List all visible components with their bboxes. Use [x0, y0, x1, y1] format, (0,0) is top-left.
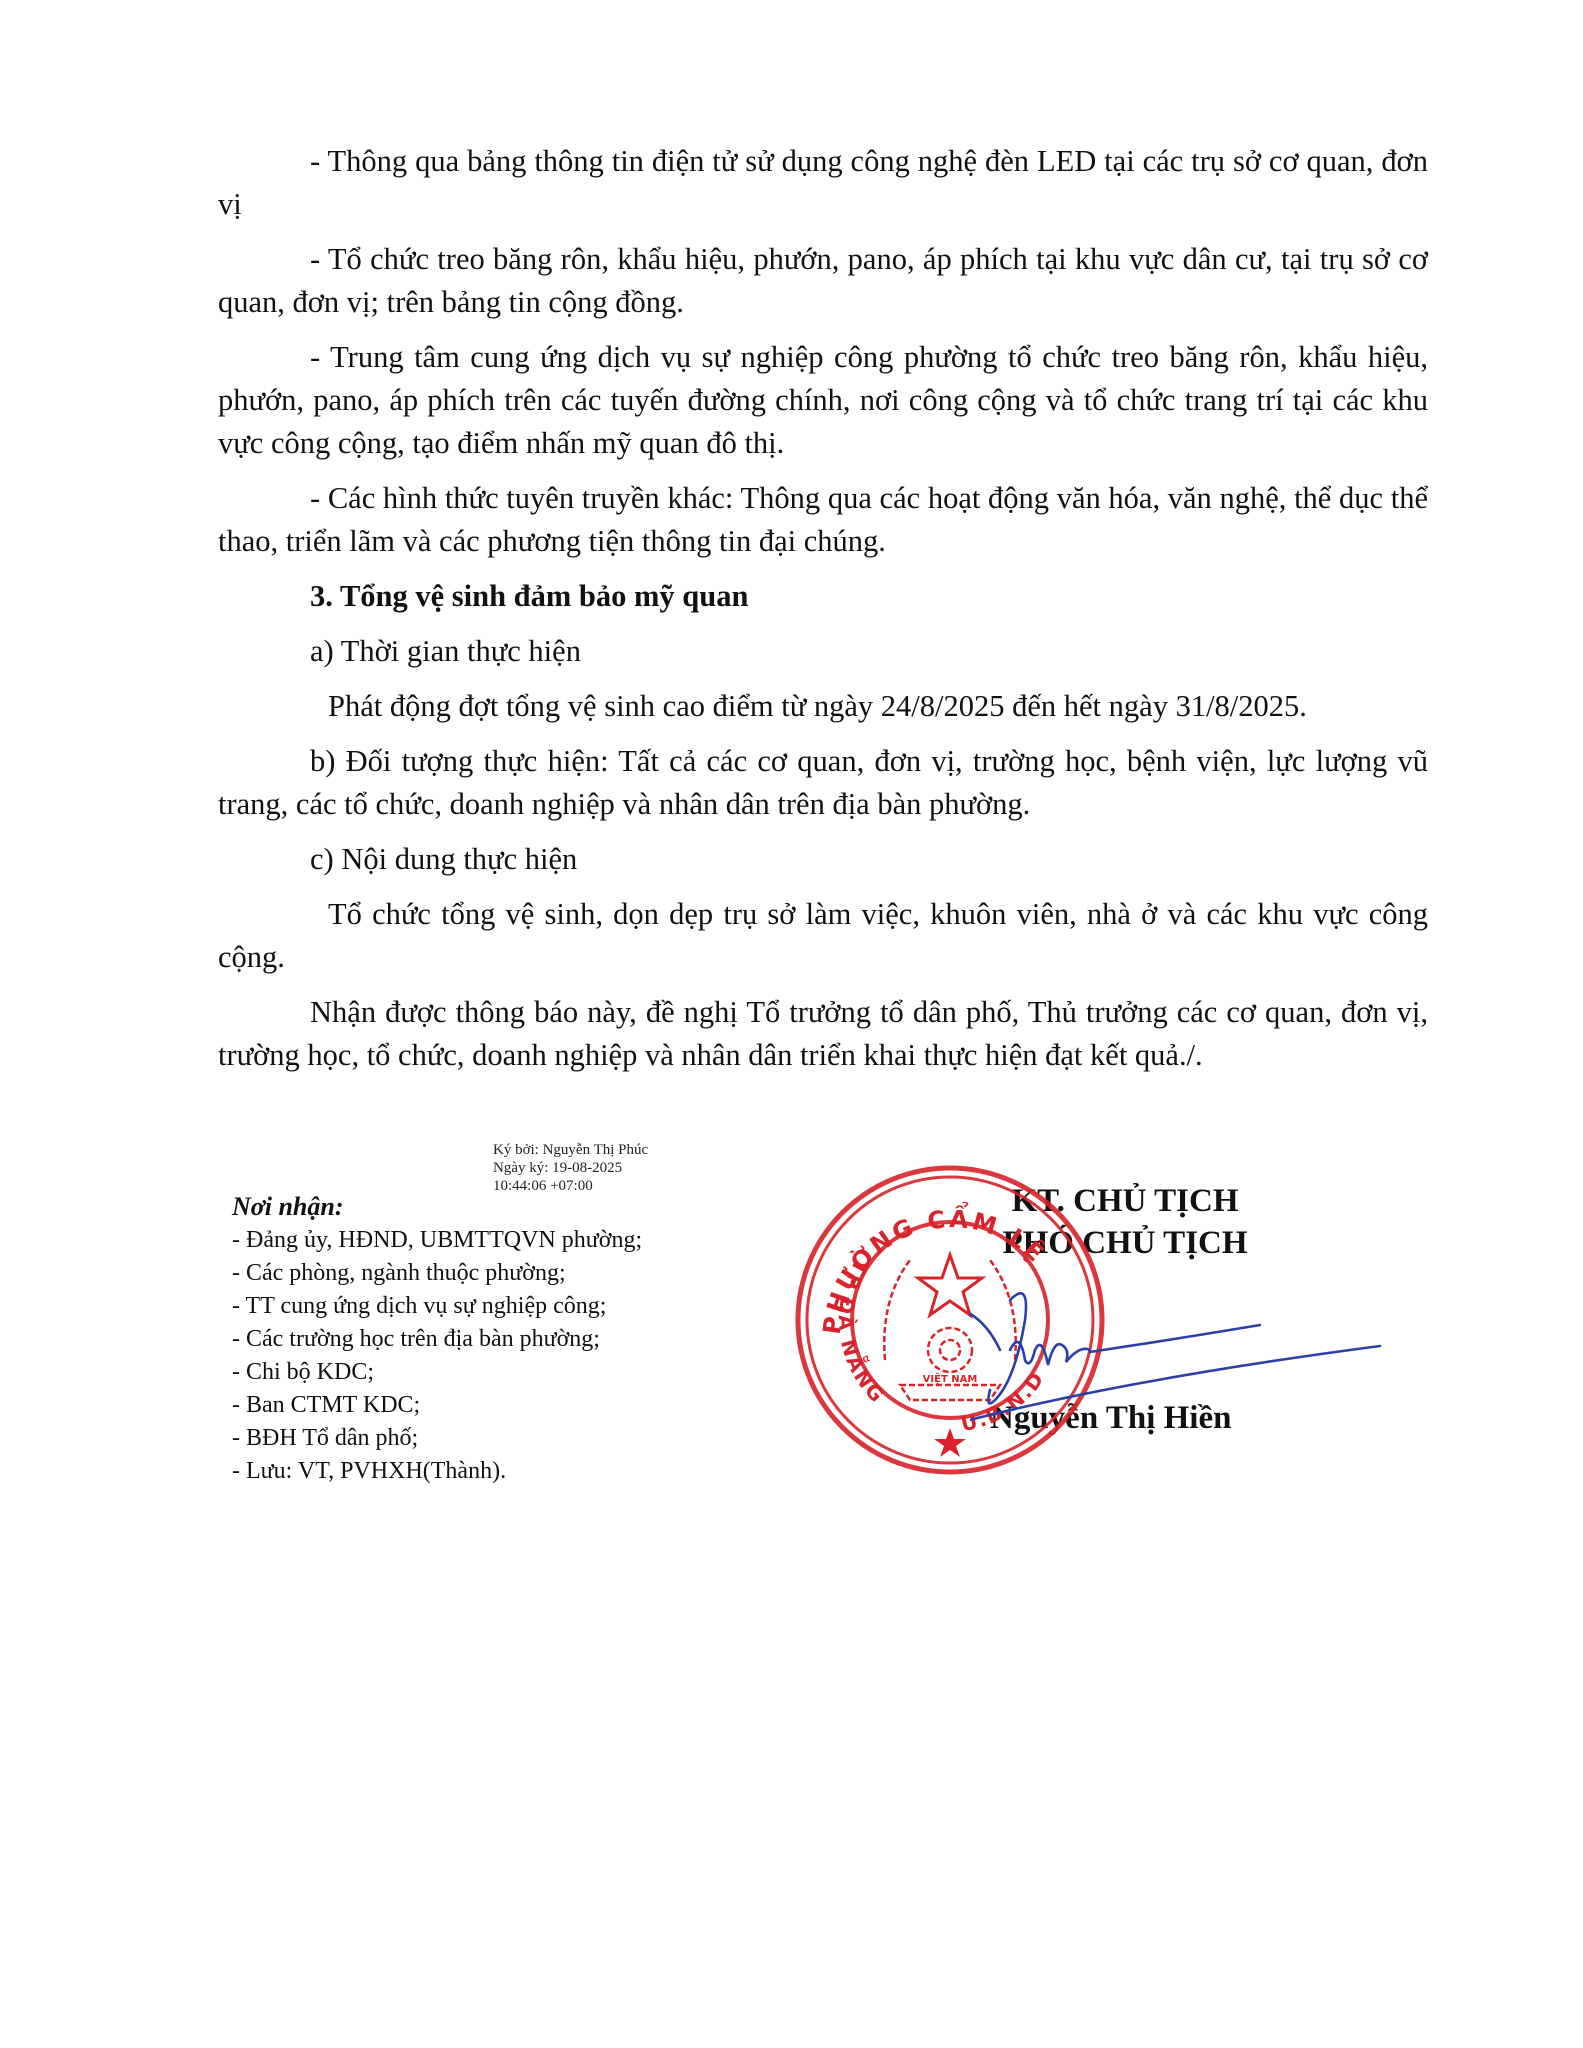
recipient-item: - TT cung ứng dịch vụ sự nghiệp công; — [232, 1290, 642, 1323]
document-body: - Thông qua bảng thông tin điện tử sử dụ… — [218, 140, 1428, 1089]
svg-text:TP ĐÀ NẴNG: TP ĐÀ NẴNG — [797, 1250, 934, 1411]
sign-date: Ngày ký: 19-08-2025 — [493, 1159, 648, 1177]
recipient-item: - Đảng ủy, HĐND, UBMTTQVN phường; — [232, 1224, 642, 1257]
paragraph-subjects: b) Đối tượng thực hiện: Tất cả các cơ qu… — [218, 740, 1428, 826]
paragraph-service-center: - Trung tâm cung ứng dịch vụ sự nghiệp c… — [218, 336, 1428, 465]
recipient-item: - Các trường học trên địa bàn phường; — [232, 1323, 642, 1356]
recipient-item: - Các phòng, ngành thuộc phường; — [232, 1257, 642, 1290]
paragraph-led-boards: - Thông qua bảng thông tin điện tử sử dụ… — [218, 140, 1428, 226]
paragraph-time: Phát động đợt tổng vệ sinh cao điểm từ n… — [218, 685, 1428, 728]
paragraph-closing: Nhận được thông báo này, đề nghị Tổ trưở… — [218, 991, 1428, 1077]
paragraph-banners: - Tổ chức treo băng rôn, khẩu hiệu, phướ… — [218, 238, 1428, 324]
recipients-list: Nơi nhận: - Đảng ủy, HĐND, UBMTTQVN phườ… — [232, 1190, 642, 1488]
section-heading: 3. Tổng vệ sinh đảm bảo mỹ quan — [218, 575, 1428, 618]
recipient-item: - Chi bộ KDC; — [232, 1356, 642, 1389]
subheading-time: a) Thời gian thực hiện — [218, 630, 1428, 673]
digital-signature-info: Ký bởi: Nguyễn Thị Phúc Ngày ký: 19-08-2… — [493, 1141, 648, 1195]
handwritten-signature-icon — [970, 1290, 1390, 1440]
stamp-right-text: TP ĐÀ NẴNG — [797, 1250, 934, 1411]
recipient-item: - Lưu: VT, PVHXH(Thành). — [232, 1455, 642, 1488]
recipient-item: - BĐH Tổ dân phố; — [232, 1422, 642, 1455]
recipients-title: Nơi nhận: — [232, 1190, 642, 1224]
signed-by: Ký bởi: Nguyễn Thị Phúc — [493, 1141, 648, 1159]
recipient-item: - Ban CTMT KDC; — [232, 1389, 642, 1422]
paragraph-other-forms: - Các hình thức tuyên truyền khác: Thông… — [218, 477, 1428, 563]
paragraph-content: Tổ chức tổng vệ sinh, dọn dẹp trụ sở làm… — [218, 893, 1428, 979]
subheading-content: c) Nội dung thực hiện — [218, 838, 1428, 881]
